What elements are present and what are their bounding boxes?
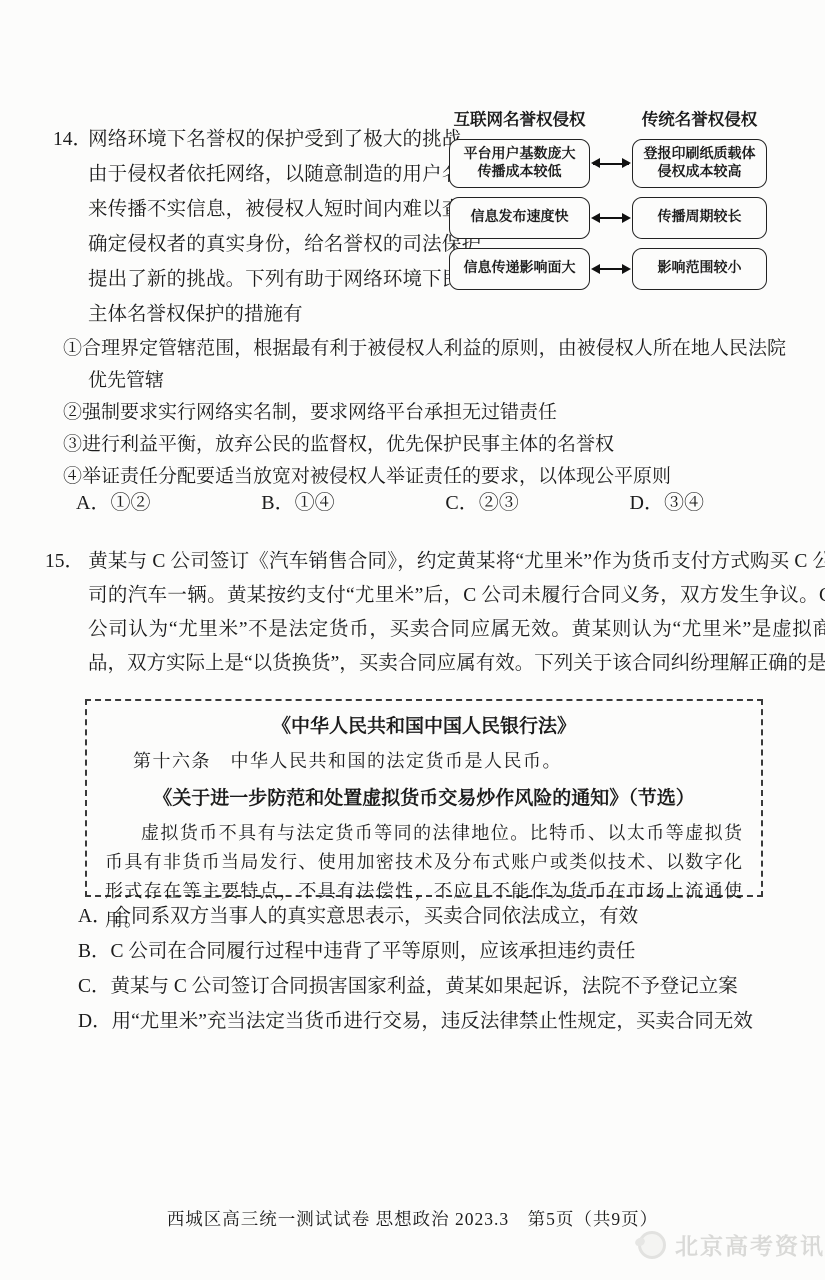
q14-number: 14． (53, 122, 88, 157)
double-arrow-icon (593, 268, 629, 270)
diagram-row-1: 平台用户基数庞大 传播成本较低 登报印刷纸质载体 侵权成本较高 (449, 139, 767, 188)
watermark: 北京高考资讯 (638, 1228, 825, 1261)
gaokao-logo-icon (638, 1231, 666, 1259)
q15-choice-c: C．黄某与 C 公司签订合同损害国家利益，黄某如果起诉，法院不予登记立案 (78, 975, 792, 998)
q15-choice-b: B．C 公司在合同履行过程中违背了平等原则，应该承担违约责任 (78, 940, 792, 963)
q15-choice-d: D．用“尤里米”充当法定当货币进行交易，违反法律禁止性规定，买卖合同无效 (78, 1010, 792, 1033)
q15-choice-a: A．合同系双方当事人的真实意思表示，买卖合同依法成立，有效 (78, 905, 792, 928)
diagram-header-gap (590, 106, 632, 130)
diagram-box-traditional-cost: 登报印刷纸质载体 侵权成本较高 (632, 139, 767, 188)
q14-stem: 14．网络环境下名誉权的保护受到了极大的挑战。由于侵权者依托网络，以随意制造的用… (53, 122, 481, 332)
q14-statements: ①合理界定管辖范围，根据最有利于被侵权人利益的原则，由被侵权人所在地人民法院优先… (63, 333, 786, 493)
diagram-row-2: 信息发布速度快 传播周期较长 (449, 197, 767, 239)
diagram-right-header: 传统名誉权侵权 (632, 106, 767, 130)
diagram-headers: 互联网名誉权侵权 传统名誉权侵权 (449, 106, 767, 130)
excerpt-title-bank-law: 《中华人民共和国中国人民银行法》 (105, 711, 743, 738)
excerpt-title-notice: 《关于进一步防范和处置虚拟货币交易炒作风险的通知》（节选） (105, 783, 743, 810)
exam-page: 14．网络环境下名誉权的保护受到了极大的挑战。由于侵权者依托网络，以随意制造的用… (0, 0, 825, 1280)
q14-comparison-diagram: 互联网名誉权侵权 传统名誉权侵权 平台用户基数庞大 传播成本较低 登报印刷纸质载… (449, 106, 767, 299)
q14-choice-d: D．③④ (630, 486, 704, 515)
diagram-box-internet-impact: 信息传递影响面大 (449, 248, 590, 290)
q14-choice-a: A．①② (76, 486, 150, 515)
q14-choice-c: C．②③ (445, 486, 518, 515)
q14-statement-2: ②强制要求实行网络实名制，要求网络平台承担无过错责任 (63, 397, 786, 429)
q15-law-excerpt-box: 《中华人民共和国中国人民银行法》 第十六条 中华人民共和国的法定货币是人民币。 … (85, 699, 763, 897)
watermark-text: 北京高考资讯 (675, 1228, 825, 1261)
double-arrow-icon (593, 217, 629, 219)
q14-statement-1: ①合理界定管辖范围，根据最有利于被侵权人利益的原则，由被侵权人所在地人民法院优先… (63, 333, 786, 397)
double-arrow-icon (593, 163, 629, 165)
q14-choices-row: A．①② B．①④ C．②③ D．③④ (76, 486, 704, 515)
q15-number: 15． (45, 545, 88, 579)
diagram-left-header: 互联网名誉权侵权 (449, 106, 590, 130)
q14-statement-3: ③进行利益平衡，放弃公民的监督权，优先保护民事主体的名誉权 (63, 429, 786, 461)
q15-stem: 15．黄某与 C 公司签订《汽车销售合同》，约定黄某将“尤里米”作为货币支付方式… (45, 545, 825, 681)
diagram-box-internet-speed: 信息发布速度快 (449, 197, 590, 239)
diagram-box-internet-cost: 平台用户基数庞大 传播成本较低 (449, 139, 590, 188)
q15-stem-text: 黄某与 C 公司签订《汽车销售合同》，约定黄某将“尤里米”作为货币支付方式购买 … (88, 551, 825, 674)
diagram-row-3: 信息传递影响面大 影响范围较小 (449, 248, 767, 290)
excerpt-article-16: 第十六条 中华人民共和国的法定货币是人民币。 (105, 747, 743, 773)
q14-choice-b: B．①④ (261, 486, 334, 515)
diagram-box-traditional-impact: 影响范围较小 (632, 248, 767, 290)
q15-choices-list: A．合同系双方当事人的真实意思表示，买卖合同依法成立，有效 B．C 公司在合同履… (78, 905, 792, 1045)
diagram-box-traditional-cycle: 传播周期较长 (632, 197, 767, 239)
q14-stem-text: 网络环境下名誉权的保护受到了极大的挑战。由于侵权者依托网络，以随意制造的用户名等… (88, 129, 481, 325)
